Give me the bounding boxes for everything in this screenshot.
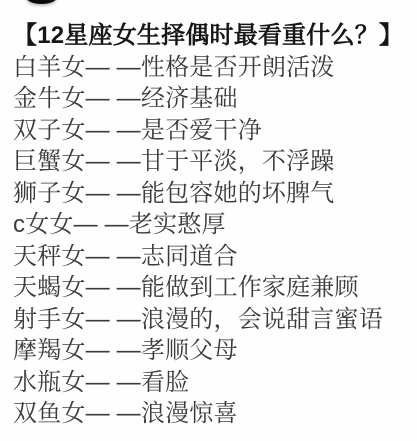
post-title: 【12星座女生择偶时最看重什么？】 [13, 20, 411, 52]
preference-text: 能包容她的坏脾气 [141, 180, 335, 207]
zodiac-sign-label: c女女 [13, 211, 74, 238]
dash-separator: — — [86, 54, 141, 81]
list-item-taurus: 金牛女— —经济基础 [13, 83, 411, 115]
preference-text: 孝顺父母 [141, 337, 238, 364]
zodiac-sign-label: 摩羯女 [13, 337, 86, 364]
zodiac-sign-label: 双子女 [13, 117, 86, 144]
dash-separator: — — [86, 180, 141, 207]
zodiac-sign-label: 双鱼女 [13, 400, 86, 427]
zodiac-sign-label: 天蝎女 [13, 274, 86, 301]
dash-separator: — — [86, 148, 141, 175]
dash-separator: — — [74, 211, 129, 238]
list-item-scorpio: 天蝎女— —能做到工作家庭兼顾 [13, 272, 411, 304]
list-item-aries: 白羊女— —性格是否开朗活泼 [13, 52, 411, 84]
zodiac-sign-label: 水瓶女 [13, 369, 86, 396]
dash-separator: — — [86, 243, 141, 270]
list-item-capricorn: 摩羯女— —孝顺父母 [13, 335, 411, 367]
list-item-virgo: c女女— —老实憨厚 [13, 209, 411, 241]
preference-text: 能做到工作家庭兼顾 [141, 274, 359, 301]
dash-separator: — — [86, 306, 141, 333]
preference-text: 是否爱干净 [141, 117, 262, 144]
preference-text: 性格是否开朗活泼 [141, 54, 335, 81]
list-item-pisces: 双鱼女— —浪漫惊喜 [13, 398, 411, 430]
list-item-leo: 狮子女— —能包容她的坏脾气 [13, 178, 411, 210]
preference-text: 志同道合 [141, 243, 238, 270]
preference-text: 看脸 [141, 369, 189, 396]
dash-separator: — — [86, 369, 141, 396]
preference-text: 经济基础 [141, 85, 238, 112]
dash-separator: — — [86, 85, 141, 112]
zodiac-sign-label: 狮子女 [13, 180, 86, 207]
preference-text: 浪漫的，会说甜言蜜语 [141, 306, 383, 333]
list-item-sagittarius: 射手女— —浪漫的，会说甜言蜜语 [13, 304, 411, 336]
zodiac-sign-label: 金牛女 [13, 85, 86, 112]
dash-separator: — — [86, 337, 141, 364]
dash-separator: — — [86, 274, 141, 301]
zodiac-sign-label: 白羊女 [13, 54, 86, 81]
preference-text: 老实憨厚 [129, 211, 226, 238]
preference-text: 浪漫惊喜 [141, 400, 238, 427]
preference-text: 甘于平淡，不浮躁 [141, 148, 335, 175]
zodiac-text-post: 【12星座女生择偶时最看重什么？】 白羊女— —性格是否开朗活泼 金牛女— —经… [13, 20, 411, 430]
dash-separator: — — [86, 117, 141, 144]
list-item-aquarius: 水瓶女— —看脸 [13, 367, 411, 399]
cropped-black-shape-fragment [26, 0, 57, 4]
list-item-gemini: 双子女— —是否爱干净 [13, 115, 411, 147]
zodiac-sign-label: 天秤女 [13, 243, 86, 270]
list-item-libra: 天秤女— —志同道合 [13, 241, 411, 273]
zodiac-sign-label: 巨蟹女 [13, 148, 86, 175]
zodiac-sign-label: 射手女 [13, 306, 86, 333]
dash-separator: — — [86, 400, 141, 427]
list-item-cancer: 巨蟹女— —甘于平淡，不浮躁 [13, 146, 411, 178]
